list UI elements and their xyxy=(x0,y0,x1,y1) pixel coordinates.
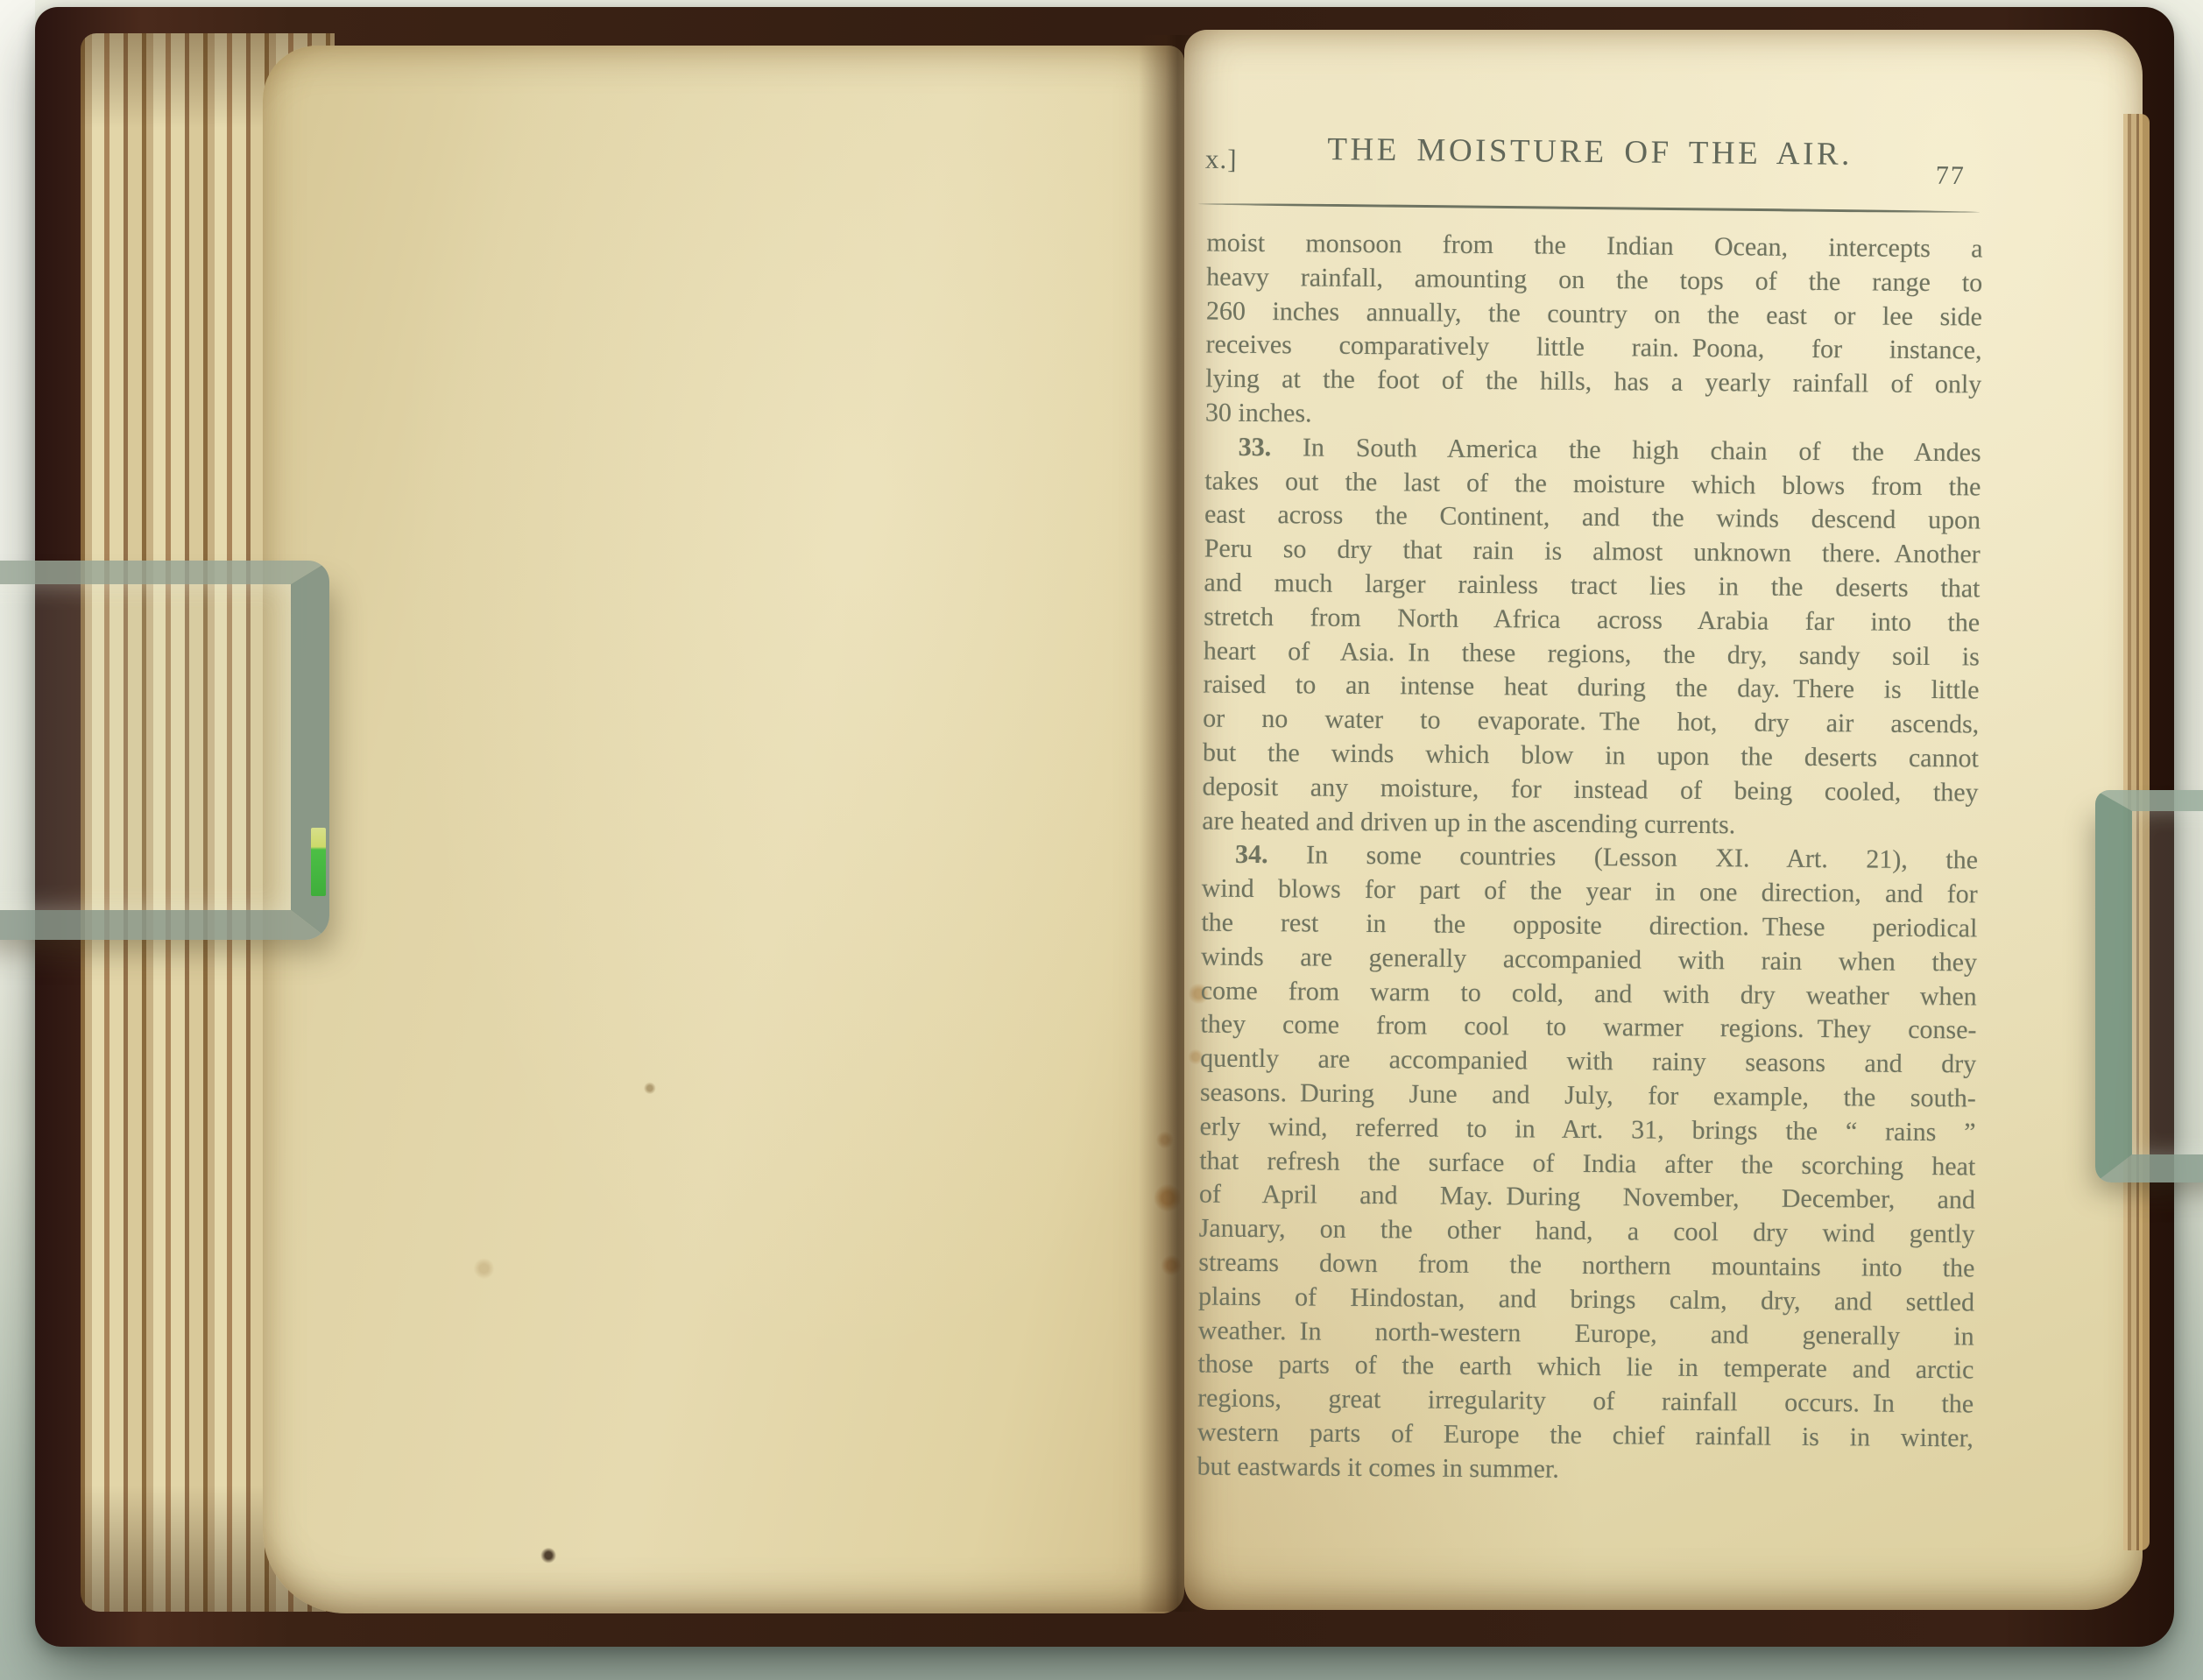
text-line: regions, great irregularity of rainfall … xyxy=(1197,1382,1974,1422)
text-line: stretch from North Africa across Arabia … xyxy=(1204,600,1980,640)
page-text: moist monsoon from the Indian Ocean, int… xyxy=(1197,227,1982,1490)
running-title: THE MOISTURE OF THE AIR. xyxy=(1202,130,1978,175)
sticker xyxy=(311,828,326,896)
text-line: erly wind, referred to in Art. 31, bring… xyxy=(1199,1110,1975,1150)
text-line: moist monsoon from the Indian Ocean, int… xyxy=(1206,227,1982,267)
page-header: x.] THE MOISTURE OF THE AIR. 77 xyxy=(1202,130,1979,195)
text-line: but eastwards it comes in summer. xyxy=(1197,1450,1973,1490)
text-line: seasons. During June and July, for examp… xyxy=(1200,1076,1976,1116)
text-line: streams down from the northern mountains… xyxy=(1198,1246,1974,1286)
glass-page-weight-right xyxy=(2095,790,2203,1182)
text-line: lying at the foot of the hills, has a ye… xyxy=(1205,363,1981,403)
text-line: January, on the other hand, a cool dry w… xyxy=(1199,1212,1975,1253)
glass-page-weight-left xyxy=(0,561,329,940)
left-page xyxy=(263,46,1184,1613)
page-number: 77 xyxy=(1936,161,1966,191)
text-line: 33. In South America the high chain of t… xyxy=(1205,430,1981,470)
text-line: heavy rainfall, amounting on the tops of… xyxy=(1206,260,1982,300)
text-line: and much larger rainless tract lies in t… xyxy=(1204,566,1980,606)
book-photo-scene: x.] THE MOISTURE OF THE AIR. 77 moist mo… xyxy=(0,0,2203,1680)
text-line: the rest in the opposite direction. Thes… xyxy=(1201,906,1977,946)
text-line: wind blows for part of the year in one d… xyxy=(1202,872,1978,913)
text-line: western parts of Europe the chief rainfa… xyxy=(1197,1415,1974,1456)
text-line: deposit any moisture, for instead of bei… xyxy=(1202,770,1978,810)
text-line: winds are generally accompanied with rai… xyxy=(1201,940,1977,980)
text-line: but the winds which blow in upon the des… xyxy=(1203,736,1979,776)
text-line: quently are accompanied with rainy seaso… xyxy=(1200,1042,1976,1083)
text-line: plains of Hindostan, and brings calm, dr… xyxy=(1198,1280,1974,1320)
